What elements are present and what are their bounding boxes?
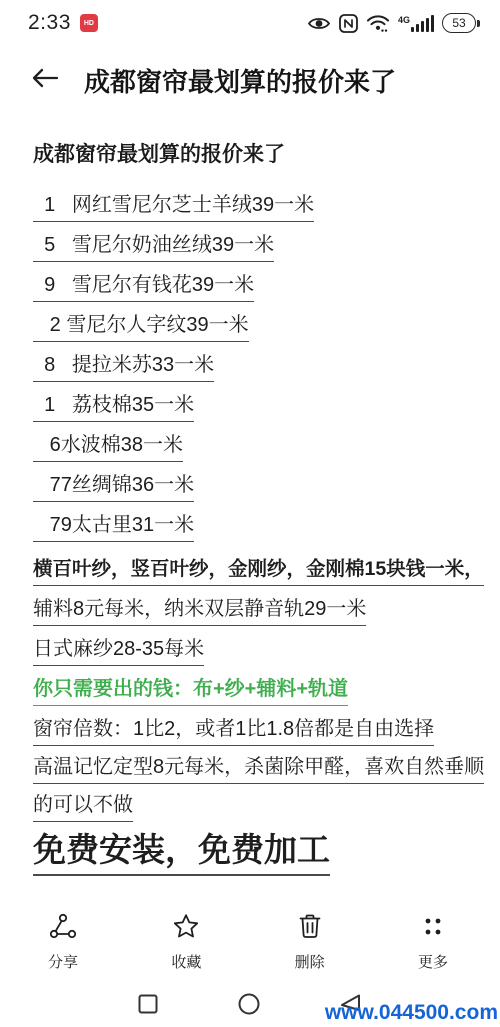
wifi-icon (366, 14, 390, 33)
price-item-text: 79太古里31一米 (33, 512, 194, 542)
more-dots-icon (420, 913, 446, 945)
accessories-line: 辅料8元每米，纳米双层静音轨29一米 (33, 596, 466, 626)
phone-screen: 2:33 HD (0, 0, 500, 1027)
back-button[interactable] (30, 60, 70, 100)
watermark: www.044500.com (325, 1001, 498, 1025)
battery-percent: 53 (442, 13, 476, 33)
price-item: 77丝绸锦36一米 (33, 472, 466, 502)
price-item-text: 6水波棉38一米 (33, 432, 183, 462)
volte-hd-badge-icon: HD (80, 14, 98, 32)
nfc-icon (339, 14, 358, 33)
price-item-text: 1 网红雪尼尔芝士羊绒39一米 (33, 192, 314, 222)
note-body: 成都窗帘最划算的报价来了 1 网红雪尼尔芝士羊绒39一米 5 雪尼尔奶油丝绒39… (0, 114, 500, 886)
status-bar: 2:33 HD (0, 0, 500, 46)
back-arrow-icon (30, 66, 60, 95)
recents-square-icon[interactable] (137, 993, 159, 1020)
price-item: 1 荔枝棉35一米 (33, 392, 466, 422)
price-item-text: 5 雪尼尔奶油丝绒39一米 (33, 232, 274, 262)
sheer-prices-line: 横百叶纱，竖百叶纱，金刚纱，金刚棉15块钱一米， (33, 556, 466, 586)
price-item-text: 8 提拉米苏33一米 (33, 352, 214, 382)
price-item-text: 9 雪尼尔有钱花39一米 (33, 272, 254, 302)
cost-summary-line: 你只需要出的钱：布+纱+辅料+轨道 (33, 676, 466, 706)
battery-icon: 53 (442, 13, 480, 33)
network-type-label: 4G (398, 15, 410, 25)
trash-icon (297, 913, 323, 945)
favorite-button[interactable]: 收藏 (171, 913, 201, 972)
header: 成都窗帘最划算的报价来了 (0, 46, 500, 114)
share-icon (49, 913, 77, 945)
delete-button[interactable]: 删除 (295, 913, 325, 972)
ratio-line: 窗帘倍数：1比2，或者1比1.8倍都是自由选择 (33, 716, 466, 746)
price-item: 6水波棉38一米 (33, 432, 466, 462)
share-label: 分享 (48, 951, 78, 972)
price-item: 8 提拉米苏33一米 (33, 352, 466, 382)
price-item-text: 2 雪尼尔人字纹39一米 (33, 312, 249, 342)
clock: 2:33 (28, 11, 71, 35)
bottom-toolbar: 分享 收藏 删除 (0, 899, 500, 985)
price-item: 1 网红雪尼尔芝士羊绒39一米 (33, 192, 466, 222)
home-circle-icon[interactable] (237, 992, 261, 1021)
note-heading: 成都窗帘最划算的报价来了 (33, 138, 466, 168)
price-item-text: 77丝绸锦36一米 (33, 472, 194, 502)
eye-protection-icon (307, 15, 331, 32)
signal-bars-icon (411, 15, 434, 32)
more-button[interactable]: 更多 (418, 913, 448, 972)
memory-shaping-continuation: 的可以不做 (33, 792, 466, 822)
page-title: 成都窗帘最划算的报价来了 (84, 62, 396, 99)
favorite-label: 收藏 (171, 951, 201, 972)
free-install-line: 免费安装，免费加工 (33, 830, 466, 876)
price-item: 79太古里31一米 (33, 512, 466, 542)
delete-label: 删除 (295, 951, 325, 972)
price-item: 9 雪尼尔有钱花39一米 (33, 272, 466, 302)
price-item: 5 雪尼尔奶油丝绒39一米 (33, 232, 466, 262)
memory-shaping-line: 高温记忆定型8元每米，杀菌除甲醛，喜欢自然垂顺 (33, 754, 466, 784)
price-item: 2 雪尼尔人字纹39一米 (33, 312, 466, 342)
price-item-text: 1 荔枝棉35一米 (33, 392, 194, 422)
linen-line: 日式麻纱28-35每米 (33, 636, 466, 666)
share-button[interactable]: 分享 (48, 913, 78, 972)
more-label: 更多 (418, 951, 448, 972)
star-icon (172, 913, 200, 945)
signal-icon: 4G (398, 15, 434, 32)
